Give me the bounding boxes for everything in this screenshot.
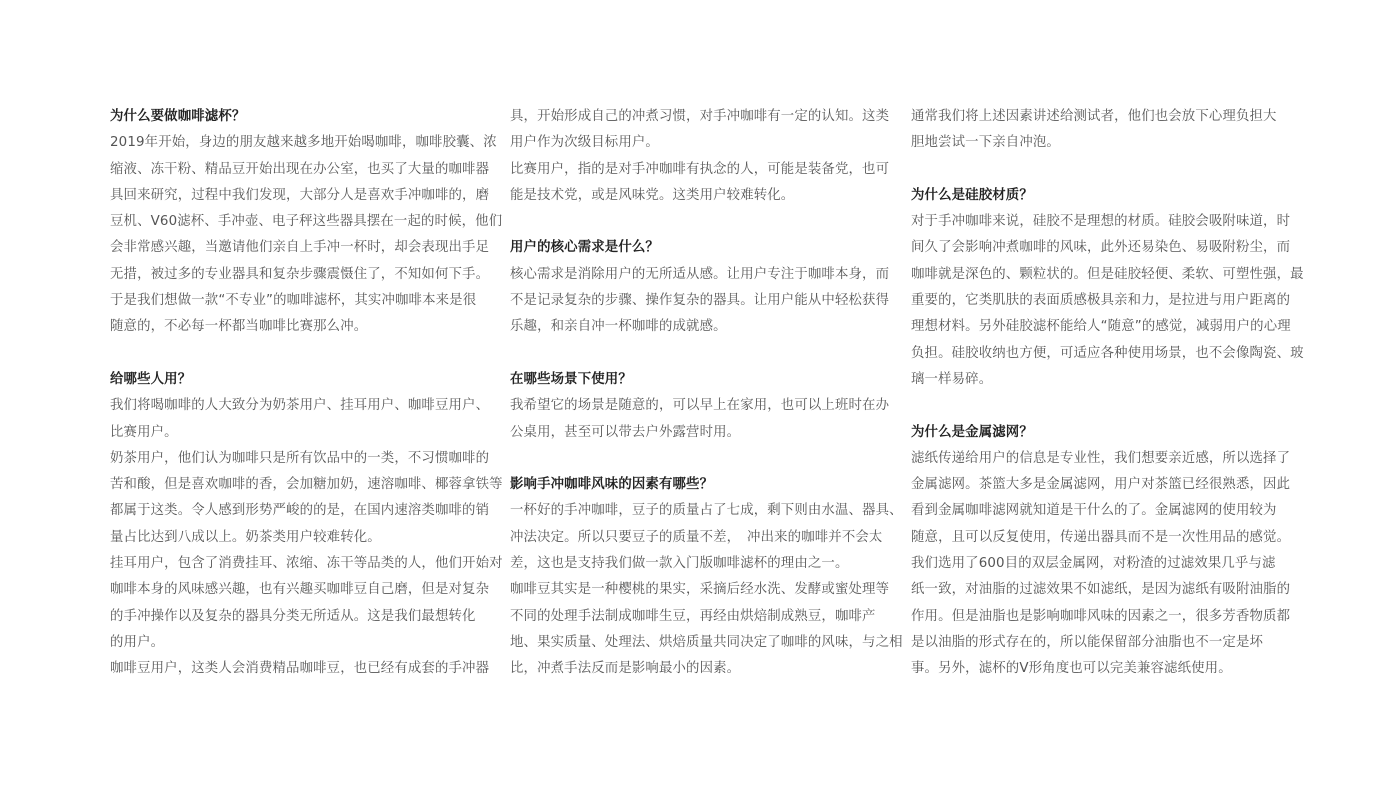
section-heading: 为什么是硅胶材质？	[911, 183, 1291, 209]
body-text-line: 事。另外，滤杯的V形角度也可以完美兼容滤纸使用。	[911, 656, 1291, 682]
body-text-line: 作用。但是油脂也是影响咖啡风味的因素之一，很多芳香物质都	[911, 604, 1291, 630]
body-text-line: 负担。硅胶收纳也方便，可适应各种使用场景，也不会像陶瓷、玻	[911, 341, 1291, 367]
body-text-line: 随意，且可以反复使用，传递出器具而不是一次性用品的感觉。	[911, 525, 1291, 551]
body-text-line: 重要的，它类肌肤的表面质感极具亲和力，是拉进与用户距离的	[911, 288, 1291, 314]
body-text-line: 看到金属咖啡滤网就知道是干什么的了。金属滤网的使用较为	[911, 498, 1291, 524]
text-column-3: 通常我们将上述因素讲述给测试者，他们也会放下心理负担大胆地尝试一下亲自冲泡。为什…	[911, 104, 1291, 683]
body-text-line: 咖啡豆其实是一种樱桃的果实，采摘后经水洗、发酵或蜜处理等	[510, 577, 890, 603]
body-text-line: 间久了会影响冲煮咖啡的风味，此外还易染色、易吸附粉尘，而	[911, 235, 1291, 261]
body-text-line: 咖啡本身的风味感兴趣，也有兴趣买咖啡豆自己磨，但是对复杂	[110, 577, 490, 603]
body-text-line: 地、果实质量、处理法、烘焙质量共同决定了咖啡的风味，与之相	[510, 630, 890, 656]
body-text-line: 比，冲煮手法反而是影响最小的因素。	[510, 656, 890, 682]
body-text-line: 的手冲操作以及复杂的器具分类无所适从。这是我们最想转化	[110, 604, 490, 630]
body-text-line: 通常我们将上述因素讲述给测试者，他们也会放下心理负担大	[911, 104, 1291, 130]
body-text-line: 不同的处理手法制成咖啡生豆，再经由烘焙制成熟豆，咖啡产	[510, 604, 890, 630]
body-text-line: 苦和酸，但是喜欢咖啡的香，会加糖加奶，速溶咖啡、椰蓉拿铁等	[110, 472, 490, 498]
body-text-line: 璃一样易碎。	[911, 367, 1291, 393]
body-text-line: 滤纸传递给用户的信息是专业性，我们想要亲近感，所以选择了	[911, 446, 1291, 472]
body-text-line: 理想材料。另外硅胶滤杯能给人“随意”的感觉，减弱用户的心理	[911, 314, 1291, 340]
body-text-line: 比赛用户，指的是对手冲咖啡有执念的人，可能是装备党，也可	[510, 157, 890, 183]
section-heading: 在哪些场景下使用？	[510, 367, 890, 393]
body-text-line: 差，这也是支持我们做一款入门版咖啡滤杯的理由之一。	[510, 551, 890, 577]
body-text-line: 量占比达到八成以上。奶茶类用户较难转化。	[110, 525, 490, 551]
body-text-line: 于是我们想做一款“不专业”的咖啡滤杯，其实冲咖啡本来是很	[110, 288, 490, 314]
body-text-line: 比赛用户。	[110, 420, 490, 446]
body-text-line: 奶茶用户，他们认为咖啡只是所有饮品中的一类，不习惯咖啡的	[110, 446, 490, 472]
text-column-2: 具，开始形成自己的冲煮习惯，对手冲咖啡有一定的认知。这类用户作为次级目标用户。比…	[510, 104, 890, 683]
body-text-line: 咖啡就是深色的、颗粒状的。但是硅胶轻便、柔软、可塑性强，最	[911, 262, 1291, 288]
body-text-line: 具回来研究，过程中我们发现，大部分人是喜欢手冲咖啡的，磨	[110, 183, 490, 209]
body-text-line: 我们将喝咖啡的人大致分为奶茶用户、挂耳用户、咖啡豆用户、	[110, 393, 490, 419]
body-text-line: 具，开始形成自己的冲煮习惯，对手冲咖啡有一定的认知。这类	[510, 104, 890, 130]
body-text-line: 随意的，不必每一杯都当咖啡比赛那么冲。	[110, 314, 490, 340]
body-text-line: 无措，被过多的专业器具和复杂步骤震慑住了，不知如何下手。	[110, 262, 490, 288]
body-text-line: 缩液、冻干粉、精品豆开始出现在办公室，也买了大量的咖啡器	[110, 157, 490, 183]
body-text-line: 不是记录复杂的步骤、操作复杂的器具。让用户能从中轻松获得	[510, 288, 890, 314]
body-text-line: 我们选用了600目的双层金属网，对粉渣的过滤效果几乎与滤	[911, 551, 1291, 577]
paragraph-spacer	[510, 446, 890, 472]
body-text-line: 的用户。	[110, 630, 490, 656]
body-text-line: 能是技术党，或是风味党。这类用户较难转化。	[510, 183, 890, 209]
body-text-line: 冲法决定。所以只要豆子的质量不差， 冲出来的咖啡并不会太	[510, 525, 890, 551]
text-column-1: 为什么要做咖啡滤杯？2019年开始，身边的朋友越来越多地开始喝咖啡，咖啡胶囊、浓…	[110, 104, 490, 683]
section-heading: 为什么是金属滤网？	[911, 420, 1291, 446]
body-text-line: 豆机、V60滤杯、手冲壶、电子秤这些器具摆在一起的时候，他们	[110, 209, 490, 235]
body-text-line: 用户作为次级目标用户。	[510, 130, 890, 156]
paragraph-spacer	[911, 157, 1291, 183]
body-text-line: 金属滤网。茶篮大多是金属滤网，用户对茶篮已经很熟悉，因此	[911, 472, 1291, 498]
body-text-line: 对于手冲咖啡来说，硅胶不是理想的材质。硅胶会吸附味道，时	[911, 209, 1291, 235]
body-text-line: 我希望它的场景是随意的，可以早上在家用，也可以上班时在办	[510, 393, 890, 419]
body-text-line: 乐趣，和亲自冲一杯咖啡的成就感。	[510, 314, 890, 340]
section-heading: 用户的核心需求是什么？	[510, 235, 890, 261]
body-text-line: 胆地尝试一下亲自冲泡。	[911, 130, 1291, 156]
section-heading: 给哪些人用？	[110, 367, 490, 393]
paragraph-spacer	[110, 341, 490, 367]
body-text-line: 会非常感兴趣，当邀请他们亲自上手冲一杯时，却会表现出手足	[110, 235, 490, 261]
section-heading: 影响手冲咖啡风味的因素有哪些？	[510, 472, 890, 498]
body-text-line: 都属于这类。令人感到形势严峻的的是，在国内速溶类咖啡的销	[110, 498, 490, 524]
body-text-line: 纸一致，对油脂的过滤效果不如滤纸，是因为滤纸有吸附油脂的	[911, 577, 1291, 603]
body-text-line: 一杯好的手冲咖啡，豆子的质量占了七成，剩下则由水温、器具、	[510, 498, 890, 524]
body-text-line: 挂耳用户，包含了消费挂耳、浓缩、冻干等品类的人，他们开始对	[110, 551, 490, 577]
paragraph-spacer	[510, 341, 890, 367]
body-text-line: 是以油脂的形式存在的，所以能保留部分油脂也不一定是坏	[911, 630, 1291, 656]
body-text-line: 核心需求是消除用户的无所适从感。让用户专注于咖啡本身，而	[510, 262, 890, 288]
body-text-line: 2019年开始，身边的朋友越来越多地开始喝咖啡，咖啡胶囊、浓	[110, 130, 490, 156]
paragraph-spacer	[510, 209, 890, 235]
section-heading: 为什么要做咖啡滤杯？	[110, 104, 490, 130]
paragraph-spacer	[911, 393, 1291, 419]
body-text-line: 公桌用，甚至可以带去户外露营时用。	[510, 420, 890, 446]
body-text-line: 咖啡豆用户，这类人会消费精品咖啡豆，也已经有成套的手冲器	[110, 656, 490, 682]
